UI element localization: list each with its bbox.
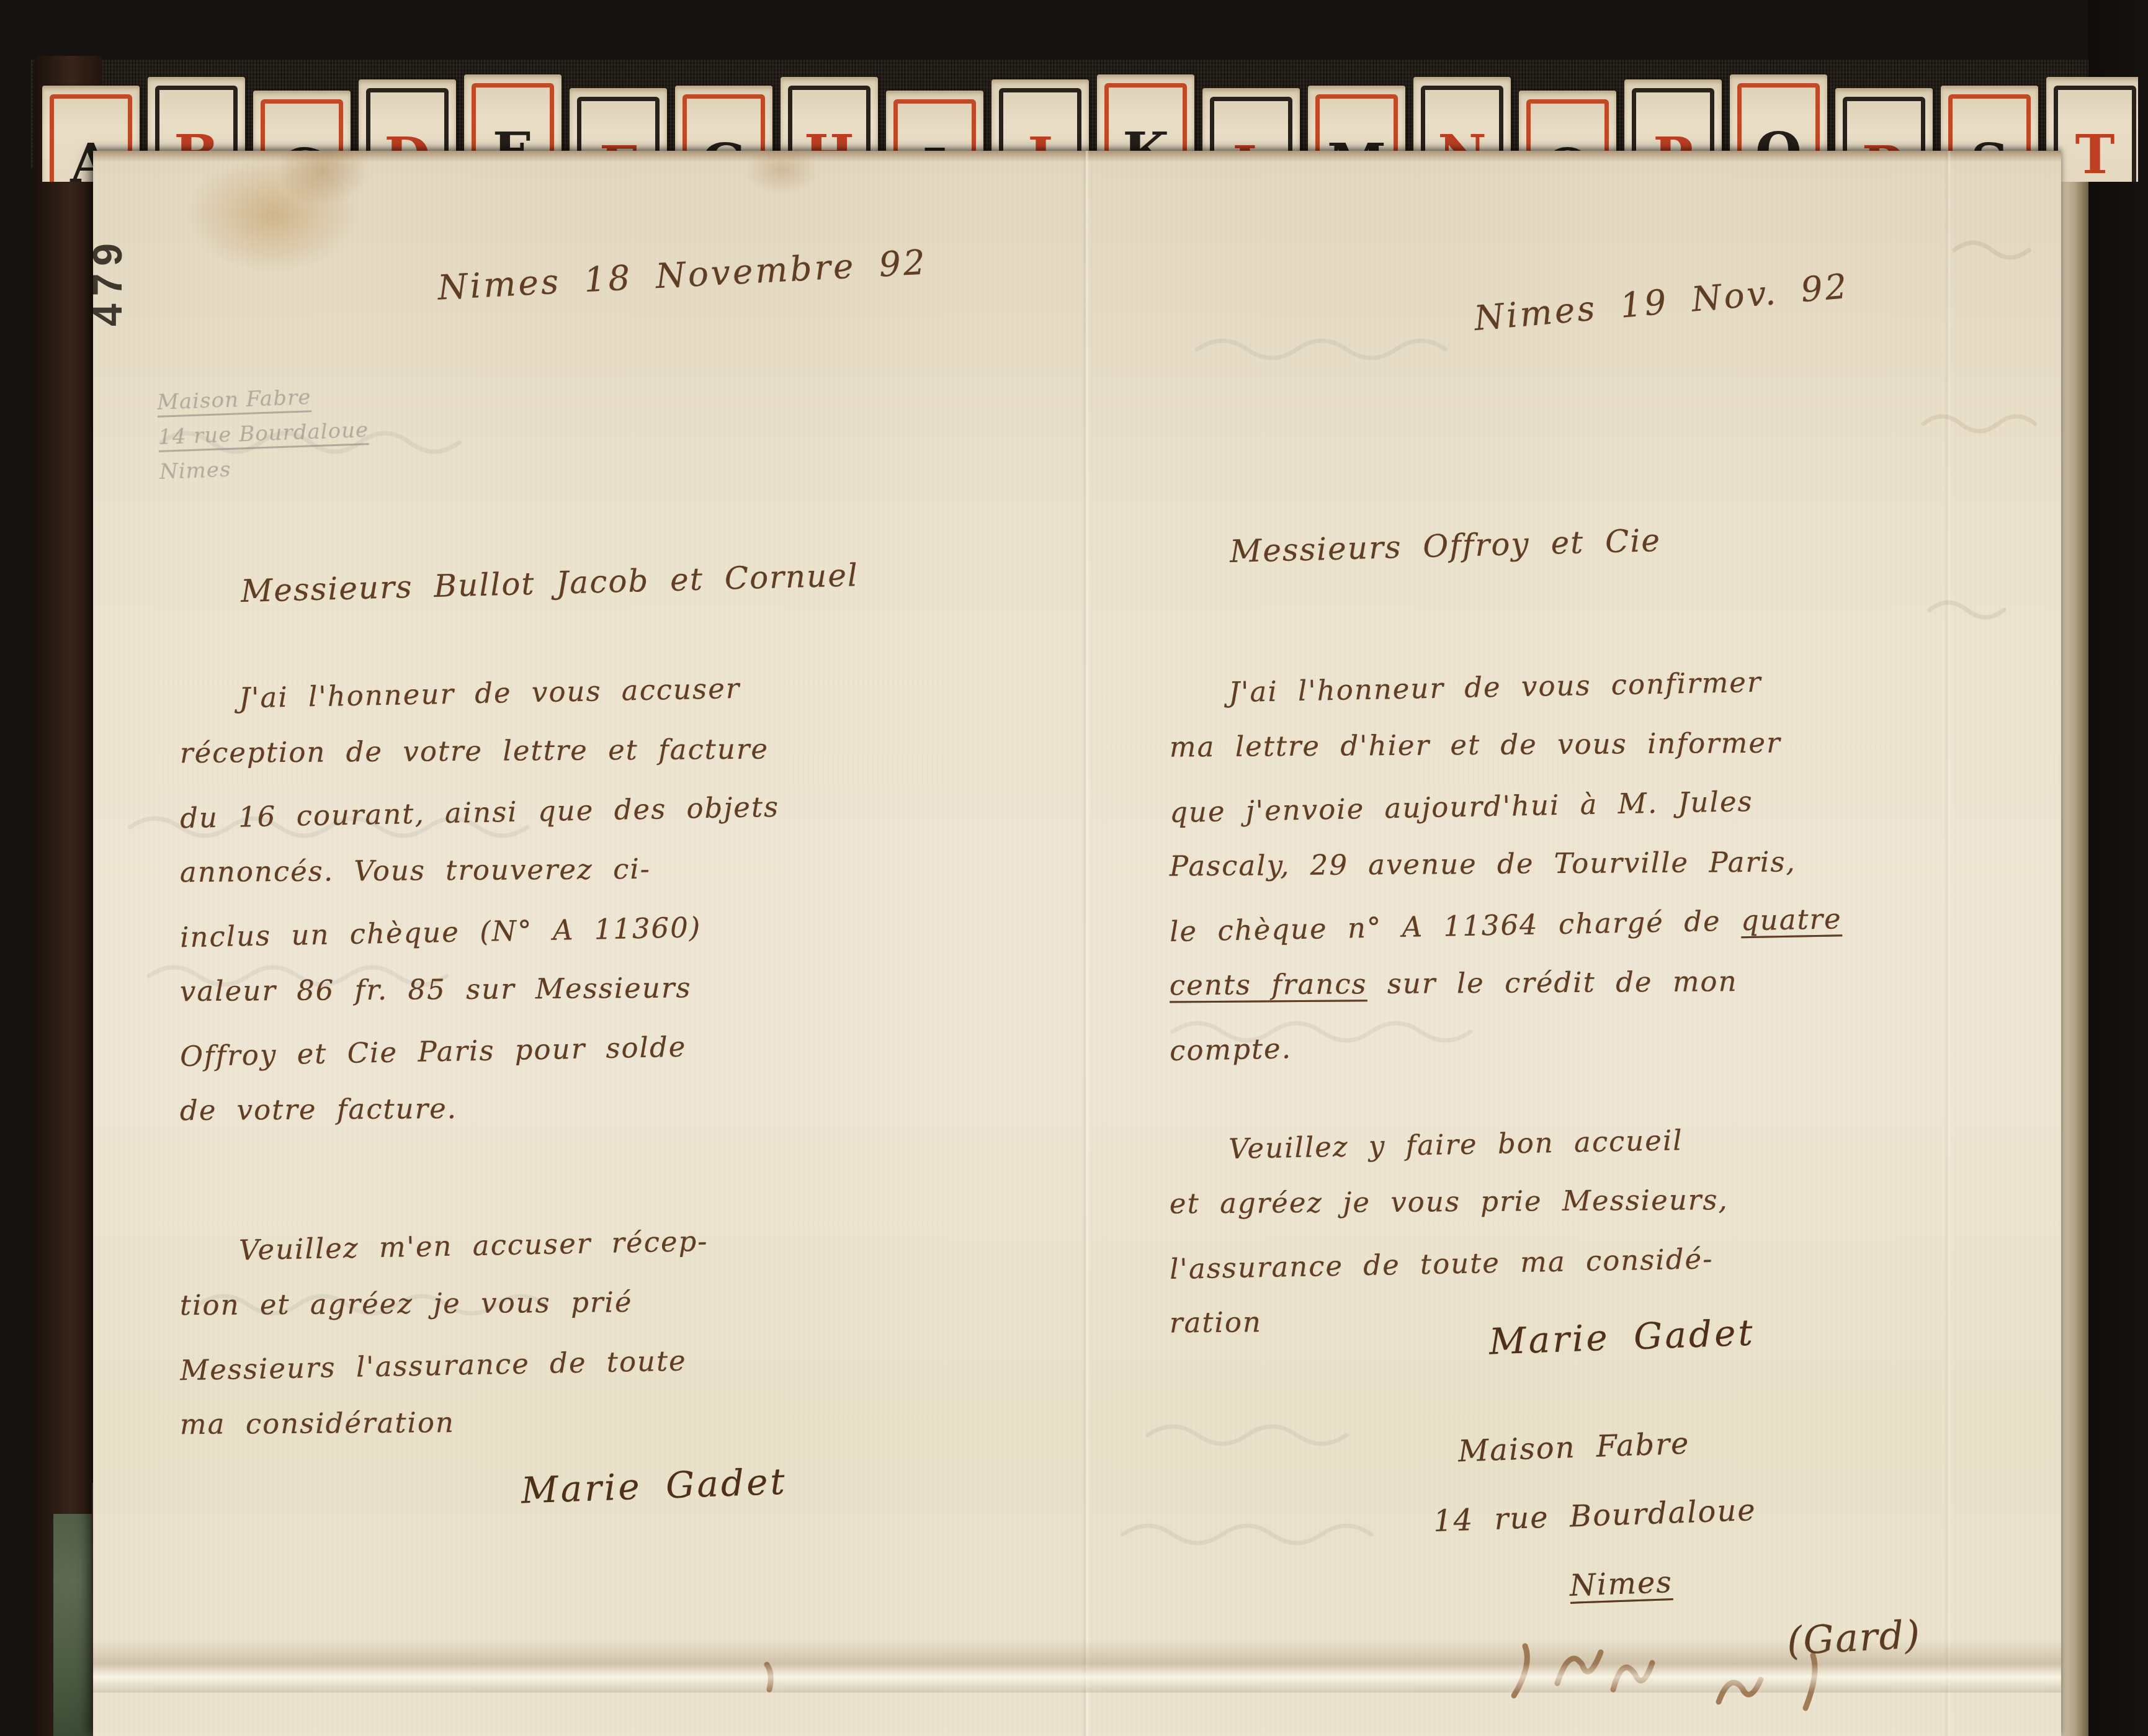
index-tab-letter: T xyxy=(2075,128,2115,182)
pencil-note-line: 14 rue Bourdaloue xyxy=(158,413,369,455)
underlined-amount: cents francs xyxy=(1170,967,1367,1001)
closing-line: et agréez je vous prie Messieurs, xyxy=(1170,1168,2061,1234)
copybook-page: 479 Maison Fabre 14 rue Bourdaloue Nimes… xyxy=(93,151,2061,1736)
closing-line: ma considération xyxy=(180,1389,1099,1454)
right-letter-address: 14 rue Bourdaloue xyxy=(1433,1493,1756,1539)
page-stack-edge xyxy=(2059,149,2088,1736)
body-line: ma lettre d'hier et de vous informer xyxy=(1170,711,2061,777)
body-line: Pascaly, 29 avenue de Tourville Paris, xyxy=(1170,830,2061,897)
paper-stain xyxy=(186,156,360,274)
body-line: de votre facture. xyxy=(180,1075,1099,1140)
page-top-edge xyxy=(93,151,2061,162)
right-letter-recipient: Messieurs Offroy et Cie xyxy=(1229,522,1661,570)
pencil-note-line: Nimes xyxy=(159,447,370,490)
pencil-ghost-note: Maison Fabre 14 rue Bourdaloue Nimes xyxy=(156,378,370,490)
left-letter-signature: Marie Gadet xyxy=(521,1461,788,1512)
underlined-amount: quatre xyxy=(1740,902,1842,937)
left-letter-dateline: Nimes 18 Novembre 92 xyxy=(437,242,928,307)
left-letter-body: J'ai l'honneur de vous accuser réception… xyxy=(180,661,1098,1137)
right-letter-dateline: Nimes 19 Nov. 92 xyxy=(1472,266,1851,339)
left-letter-closing: Veuillez m'en accuser récep- tion et agr… xyxy=(180,1213,1098,1451)
left-letter-recipient: Messieurs Bullot Jacob et Cornuel xyxy=(240,557,859,609)
right-letter-closing: Veuillez y faire bon accueil et agréez j… xyxy=(1170,1111,2061,1349)
right-cover-edge xyxy=(2088,0,2148,1736)
copybook-scan: ABCDEFGHIJKLMNOPQRST xyxy=(0,0,2148,1736)
right-letter-firm: Maison Fabre xyxy=(1457,1426,1690,1469)
right-letter-signature: Marie Gadet xyxy=(1488,1312,1756,1363)
right-letter-body: J'ai l'honneur de vous confirmer ma lett… xyxy=(1170,655,2061,1072)
page-curl xyxy=(93,1640,2061,1693)
body-line: cents francs sur le crédit de mon xyxy=(1170,949,2061,1016)
folio-number-text: 479 xyxy=(93,236,131,326)
folio-number: 479 xyxy=(93,188,135,374)
right-letter-city: Nimes xyxy=(1569,1565,1673,1603)
